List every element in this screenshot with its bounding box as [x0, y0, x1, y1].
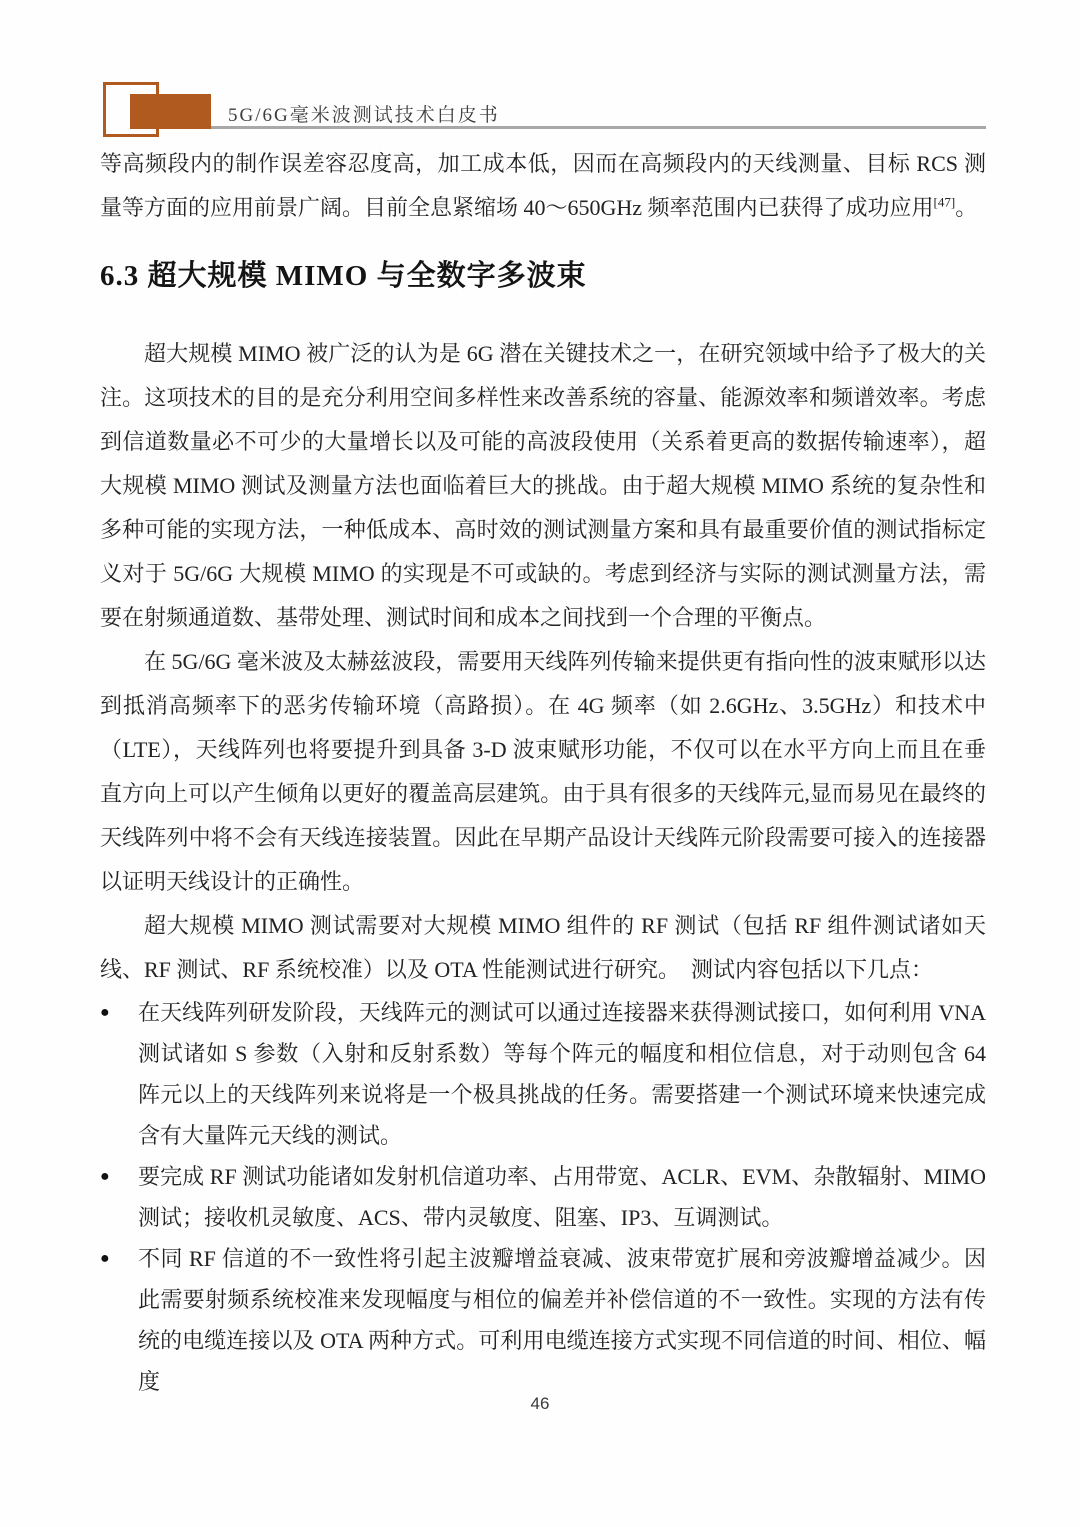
- body-paragraph: 超大规模 MIMO 测试需要对大规模 MIMO 组件的 RF 测试（包括 RF …: [100, 904, 986, 992]
- intro-paragraph: 等高频段内的制作误差容忍度高，加工成本低，因而在高频段内的天线测量、目标 RCS…: [100, 142, 986, 230]
- list-item-text: 在天线阵列研发阶段，天线阵元的测试可以通过连接器来获得测试接口，如何利用 VNA…: [138, 992, 986, 1156]
- list-item: ● 在天线阵列研发阶段，天线阵元的测试可以通过连接器来获得测试接口，如何利用 V…: [100, 992, 986, 1156]
- document-page: 5G/6G毫米波测试技术白皮书 等高频段内的制作误差容忍度高，加工成本低，因而在…: [0, 0, 1080, 1527]
- header-title: 5G/6G毫米波测试技术白皮书: [228, 100, 500, 127]
- bullet-icon: ●: [100, 992, 138, 1033]
- list-item-text: 不同 RF 信道的不一致性将引起主波瓣增益衰减、波束带宽扩展和旁波瓣增益减少。因…: [138, 1238, 986, 1402]
- body-paragraph: 超大规模 MIMO 被广泛的认为是 6G 潜在关键技术之一，在研究领域中给予了极…: [100, 332, 986, 640]
- intro-text: 等高频段内的制作误差容忍度高，加工成本低，因而在高频段内的天线测量、目标 RCS…: [100, 151, 986, 220]
- logo-filled-rect-icon: [130, 94, 211, 129]
- section-heading: 6.3 超大规模 MIMO 与全数字多波束: [100, 256, 986, 296]
- list-item: ● 不同 RF 信道的不一致性将引起主波瓣增益衰减、波束带宽扩展和旁波瓣增益减少…: [100, 1238, 986, 1402]
- body-paragraph: 在 5G/6G 毫米波及太赫兹波段，需要用天线阵列传输来提供更有指向性的波束赋形…: [100, 640, 986, 904]
- page-number: 46: [0, 1394, 1080, 1414]
- test-items-list: ● 在天线阵列研发阶段，天线阵元的测试可以通过连接器来获得测试接口，如何利用 V…: [100, 992, 986, 1402]
- list-item: ● 要完成 RF 测试功能诸如发射机信道功率、占用带宽、ACLR、EVM、杂散辐…: [100, 1156, 986, 1238]
- bullet-icon: ●: [100, 1238, 138, 1279]
- bullet-icon: ●: [100, 1156, 138, 1197]
- citation-ref: [47]: [934, 195, 956, 210]
- intro-tail: 。: [955, 195, 977, 220]
- list-item-text: 要完成 RF 测试功能诸如发射机信道功率、占用带宽、ACLR、EVM、杂散辐射、…: [138, 1156, 986, 1238]
- page-content: 等高频段内的制作误差容忍度高，加工成本低，因而在高频段内的天线测量、目标 RCS…: [100, 142, 986, 1402]
